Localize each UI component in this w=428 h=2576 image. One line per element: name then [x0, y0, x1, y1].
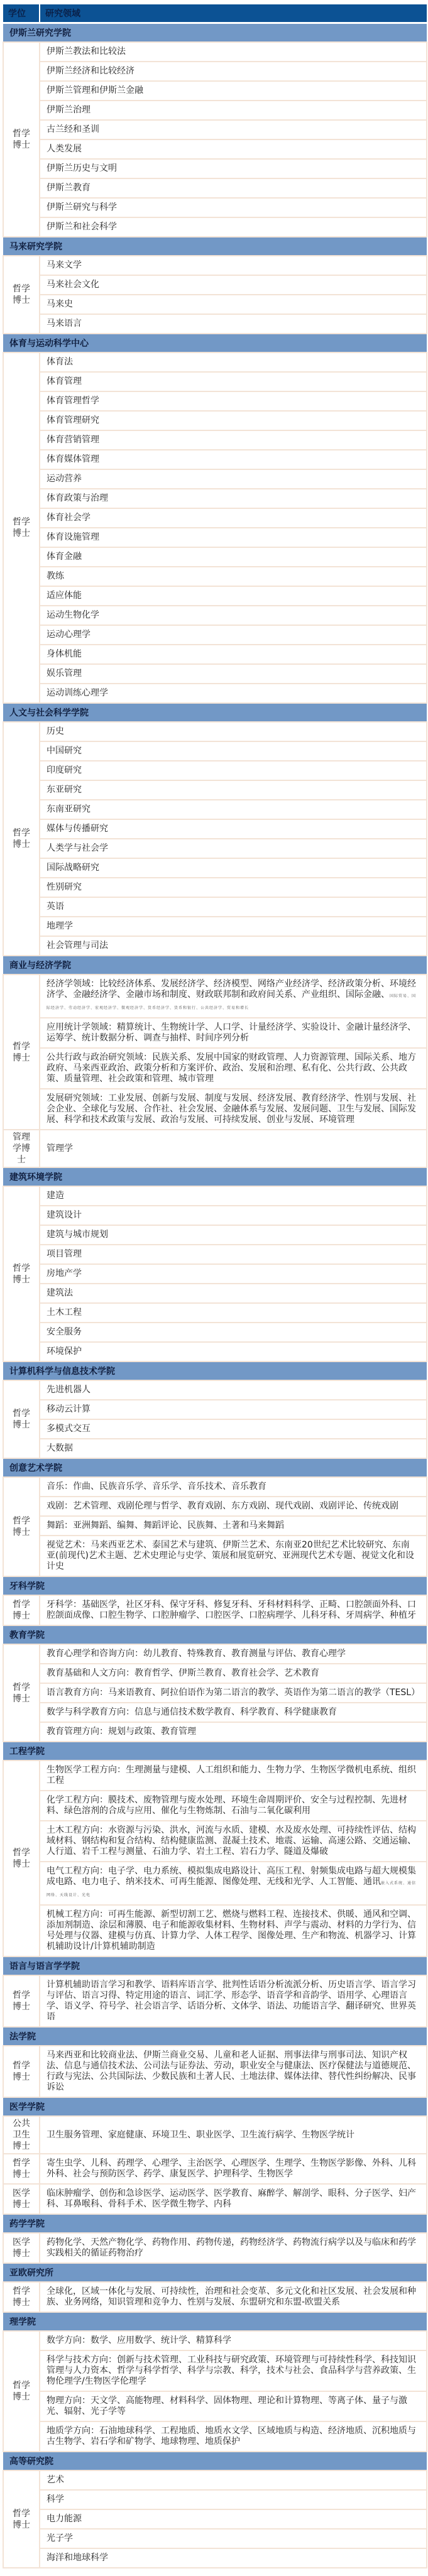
field-cell: 房地产学 [40, 1264, 427, 1284]
table-row: 伊斯兰治理 [3, 101, 427, 120]
field-cell: 人类发展 [40, 139, 427, 159]
field-cell: 数学与科学教育方向：信息与通信技术数学教育、科学教育、科学健康教育 [40, 1703, 427, 1722]
section-title: 医学学院 [3, 2097, 427, 2116]
field-cell: 体育管理研究 [40, 411, 427, 430]
field-cell: 舞蹈：亚洲舞蹈、编舞、舞蹈评论、民族舞、土著和马来舞蹈 [40, 1516, 427, 1536]
section-title: 药学学院 [3, 2214, 427, 2233]
field-cell: 体育金融 [40, 547, 427, 567]
field-cell: 土木工程方向：水资源与污染、洪水，河流与水质、建模、水及废水处理、可持续性评估、… [40, 1821, 427, 1862]
table-row: 土木工程 [3, 1303, 427, 1323]
table-row: 海洋和地球科学 [3, 2548, 427, 2568]
table-row: 伊斯兰历史与文明 [3, 159, 427, 178]
field-cell: 发展研究领域：工业发展、创新与发展、制度与发展、经济发展、教育经济学、性别与发展… [40, 1089, 427, 1130]
table-row: 运动生物化学 [3, 606, 427, 625]
degree-cell: 哲学博士 [3, 256, 40, 334]
table-row: 中国研究 [3, 741, 427, 761]
table-row: 视觉艺术：马来西亚艺术、泰国艺术与建筑、伊斯兰艺术、东南亚20世纪艺术比较研究、… [3, 1536, 427, 1576]
table-row: 性别研究 [3, 878, 427, 897]
table-row: 印度研究 [3, 761, 427, 780]
table-row: 哲学博士牙科学：基础医学，社区牙科、保守牙科、修复牙科、牙科材料科学、正畸、口腔… [3, 1595, 427, 1625]
table-row: 移动云计算 [3, 1400, 427, 1419]
table-row: 哲学博士体育法 [3, 352, 427, 372]
table-row: 身体机能 [3, 645, 427, 664]
section-title: 亚欧研究所 [3, 2263, 427, 2282]
table-row: 哲学博士建造 [3, 1186, 427, 1206]
table-row: 体育设施管理 [3, 528, 427, 547]
field-cell: 运动心理学 [40, 625, 427, 645]
table-row: 马来语言 [3, 314, 427, 334]
field-cell: 性别研究 [40, 878, 427, 897]
section-header-row: 教育学院 [3, 1625, 427, 1644]
field-cell: 伊斯兰教育 [40, 178, 427, 198]
field-cell: 海洋和地球科学 [40, 2548, 427, 2568]
section-title: 教育学院 [3, 1625, 427, 1644]
field-cell: 马来文学 [40, 256, 427, 275]
table-row: 哲学博士教育心理学和咨询方向：幼儿教育、特殊教育、教育测量与评估、教育心理学 [3, 1644, 427, 1664]
table-row: 项目管理 [3, 1245, 427, 1264]
table-row: 伊斯兰教育 [3, 178, 427, 198]
field-cell: 建筑法 [40, 1284, 427, 1303]
field-cell: 戏剧：艺术管理、戏剧伦理与哲学、教育戏剧、东方戏剧、现代戏剧、戏剧评论、传统戏剧 [40, 1497, 427, 1516]
field-cell: 东南亚研究 [40, 800, 427, 819]
field-cell: 项目管理 [40, 1245, 427, 1264]
table-body: 伊斯兰研究学院哲学博士伊斯兰教法和比较法伊斯兰经济和比较经济伊斯兰管理和伊斯兰金… [3, 23, 427, 2568]
table-row: 马来史 [3, 295, 427, 314]
table-row: 媒体与传播研究 [3, 819, 427, 839]
field-cell: 教育基础和人文方向：教育哲学、伊斯兰教育、教育社会学、艺术教育 [40, 1664, 427, 1683]
table-row: 哲学博士伊斯兰教法和比较法 [3, 42, 427, 62]
degree-cell: 公共卫生博士 [3, 2116, 40, 2154]
field-text: 电气工程方向：电子学、电力系统、模拟集成电路设计、高压工程、射频集成电路与超大规… [47, 1866, 416, 1887]
table-row: 体育政策与治理 [3, 489, 427, 508]
table-row: 哲学博士寄生虫学、儿科、药理学、心理学、主治医学、心理医学、生理学、生物医学影像… [3, 2154, 427, 2184]
field-cell: 马来社会文化 [40, 275, 427, 295]
field-cell: 伊斯兰治理 [40, 101, 427, 120]
field-cell: 管理学 [40, 1130, 427, 1167]
field-cell: 马来西亚和比较商业法、伊斯兰商业交易、儿童和老人证据、刑事法律与刑事司法、知识产… [40, 2046, 427, 2097]
field-cell: 中国研究 [40, 741, 427, 761]
section-header-row: 理学院 [3, 2312, 427, 2331]
field-cell: 体育媒体管理 [40, 450, 427, 469]
field-text: 经济学领域：比较经济体系、发展经济学、经济模型、网络产业经济学、经济政策分析、环… [47, 979, 416, 1000]
table-row: 戏剧：艺术管理、戏剧伦理与哲学、教育戏剧、东方戏剧、现代戏剧、戏剧评论、传统戏剧 [3, 1497, 427, 1516]
section-title: 人文与社会科学学院 [3, 703, 427, 722]
table-row: 公共卫生博士卫生服务管理、家庭健康、环境卫生、职业医学、卫生流行病学、生物医学统… [3, 2116, 427, 2154]
table-row: 地理学 [3, 917, 427, 936]
degree-cell: 哲学博士 [3, 1186, 40, 1362]
table-row: 哲学博士音乐：作曲、民族音乐学、音乐学、音乐技术、音乐教育 [3, 1477, 427, 1497]
section-header-row: 语言与语言学学院 [3, 1957, 427, 1975]
field-cell: 伊斯兰和社会科学 [40, 217, 427, 237]
field-cell: 化学工程方向：膜技术、废物管理与废水处理、环境生命周期评价、安全与过程控制、先进… [40, 1791, 427, 1821]
section-header-row: 高等研究院 [3, 2452, 427, 2470]
section-title: 工程学院 [3, 1742, 427, 1760]
table-row: 体育社会学 [3, 508, 427, 528]
section-title: 创意艺术学院 [3, 1458, 427, 1477]
section-title: 法学院 [3, 2027, 427, 2046]
table-row: 电气工程方向：电子学、电力系统、模拟集成电路设计、高压工程、射频集成电路与超大规… [3, 1862, 427, 1905]
field-cell: 机械工程方向：可再生能源、新型切割工艺、燃烧与燃料工程、连接技术、供暖、通风和空… [40, 1905, 427, 1957]
field-cell: 寄生虫学、儿科、药理学、心理学、主治医学、心理医学、生理学、生物医学影像、外科、… [40, 2154, 427, 2184]
table-row: 体育管理研究 [3, 411, 427, 430]
table-row: 伊斯兰和社会科学 [3, 217, 427, 237]
section-title: 马来研究学院 [3, 237, 427, 256]
field-cell: 伊斯兰历史与文明 [40, 159, 427, 178]
field-cell: 教育心理学和咨询方向：幼儿教育、特殊教育、教育测量与评估、教育心理学 [40, 1644, 427, 1664]
field-cell: 教育管理方向：规划与政策、教育管理 [40, 1722, 427, 1742]
field-cell: 伊斯兰经济和比较经济 [40, 62, 427, 81]
table-row: 伊斯兰经济和比较经济 [3, 62, 427, 81]
field-cell: 多模式交互 [40, 1419, 427, 1439]
table-row: 运动心理学 [3, 625, 427, 645]
field-cell: 先进机器人 [40, 1380, 427, 1400]
field-cell: 视觉艺术：马来西亚艺术、泰国艺术与建筑、伊斯兰艺术、东南亚20世纪艺术比较研究、… [40, 1536, 427, 1576]
field-cell: 社会管理与司法 [40, 936, 427, 956]
table-row: 应用统计学领域：精算统计、生物统计学、人口学、计量经济学、实验设计、金融计量经济… [3, 1018, 427, 1048]
table-row: 管理学博士管理学 [3, 1130, 427, 1167]
table-row: 公共行政与政治研究领域：民族关系、发展中国家的财政管理、人力资源管理、国际关系、… [3, 1048, 427, 1089]
table-row: 人类发展 [3, 139, 427, 159]
table-row: 东亚研究 [3, 780, 427, 800]
field-cell: 全球化，区域一体化与发展、可持续性，治理和社会变革、多元文化和社区发展、社会发展… [40, 2282, 427, 2312]
field-cell: 娱乐管理 [40, 664, 427, 684]
field-cell: 体育管理哲学 [40, 391, 427, 411]
section-header-row: 计算机科学与信息技术学院 [3, 1362, 427, 1380]
field-cell: 卫生服务管理、家庭健康、环境卫生、职业医学、卫生流行病学、生物医学统计 [40, 2116, 427, 2154]
degree-cell: 医学博士 [3, 2184, 40, 2214]
table-row: 哲学博士计算机辅助语言学习和教学、语料库语言学、批判性话语分析流派分析、历史语言… [3, 1975, 427, 2027]
table-header-row: 学位 研究领域 [3, 4, 427, 23]
field-cell: 印度研究 [40, 761, 427, 780]
field-cell: 移动云计算 [40, 1400, 427, 1419]
field-cell: 运动生物化学 [40, 606, 427, 625]
table-row: 运动营养 [3, 469, 427, 489]
table-row: 教育管理方向：规划与政策、教育管理 [3, 1722, 427, 1742]
table-row: 建筑法 [3, 1284, 427, 1303]
table-row: 医学博士临床肿瘤学、创伤和急诊医学、运动医学、医学教育、麻醉学、解剖学、眼科、分… [3, 2184, 427, 2214]
table-row: 哲学博士全球化，区域一体化与发展、可持续性，治理和社会变革、多元文化和社区发展、… [3, 2282, 427, 2312]
section-header-row: 商业与经济学院 [3, 956, 427, 974]
table-row: 化学工程方向：膜技术、废物管理与废水处理、环境生命周期评价、安全与过程控制、先进… [3, 1791, 427, 1821]
table-row: 马来社会文化 [3, 275, 427, 295]
section-header-row: 建筑环境学院 [3, 1167, 427, 1186]
degree-cell: 哲学博士 [3, 352, 40, 703]
table-row: 光子学 [3, 2529, 427, 2548]
section-title: 建筑环境学院 [3, 1167, 427, 1186]
degree-cell: 哲学博士 [3, 974, 40, 1130]
table-row: 教育基础和人文方向：教育哲学、伊斯兰教育、教育社会学、艺术教育 [3, 1664, 427, 1683]
field-cell: 音乐：作曲、民族音乐学、音乐学、音乐技术、音乐教育 [40, 1477, 427, 1497]
field-cell: 光子学 [40, 2529, 427, 2548]
field-cell: 土木工程 [40, 1303, 427, 1323]
table-row: 医学博士药物化学、天然产物化学、药物作用、药物传递，药物经济学、药物流行病学以及… [3, 2233, 427, 2263]
field-cell: 媒体与传播研究 [40, 819, 427, 839]
table-row: 体育金融 [3, 547, 427, 567]
degree-cell: 哲学博士 [3, 42, 40, 237]
section-header-row: 法学院 [3, 2027, 427, 2046]
programs-table: 学位 研究领域 伊斯兰研究学院哲学博士伊斯兰教法和比较法伊斯兰经济和比较经济伊斯… [3, 4, 427, 2568]
field-cell: 大数据 [40, 1439, 427, 1458]
table-row: 环境保护 [3, 1342, 427, 1362]
section-header-row: 牙科学院 [3, 1576, 427, 1595]
field-cell: 马来语言 [40, 314, 427, 334]
table-row: 伊斯兰管理和伊斯兰金融 [3, 81, 427, 101]
degree-cell: 哲学博士 [3, 1477, 40, 1576]
field-cell: 地理学 [40, 917, 427, 936]
field-cell: 身体机能 [40, 645, 427, 664]
field-cell: 运动训练心理学 [40, 684, 427, 703]
field-cell: 运动营养 [40, 469, 427, 489]
field-cell: 建造 [40, 1186, 427, 1206]
degree-cell: 哲学博士 [3, 1380, 40, 1458]
table-row: 舞蹈：亚洲舞蹈、编舞、舞蹈评论、民族舞、土著和马来舞蹈 [3, 1516, 427, 1536]
table-row: 安全服务 [3, 1323, 427, 1342]
field-cell: 电气工程方向：电子学、电力系统、模拟集成电路设计、高压工程、射频集成电路与超大规… [40, 1862, 427, 1905]
field-cell: 安全服务 [40, 1323, 427, 1342]
table-row: 地质学方向：石油地球科学、工程地质、地质水文学、区域地质与构造、经济地质、沉积地… [3, 2421, 427, 2452]
field-cell: 公共行政与政治研究领域：民族关系、发展中国家的财政管理、人力资源管理、国际关系、… [40, 1048, 427, 1089]
field-cell: 计算机辅助语言学习和教学、语料库语言学、批判性话语分析流派分析、历史语言学、语言… [40, 1975, 427, 2027]
field-cell: 伊斯兰研究与科学 [40, 198, 427, 217]
field-cell: 教练 [40, 567, 427, 586]
degree-cell: 哲学博士 [3, 1975, 40, 2027]
field-cell: 临床肿瘤学、创伤和急诊医学、运动医学、医学教育、麻醉学、解剖学、眼科、分子医学、… [40, 2184, 427, 2214]
table-row: 适应体能 [3, 586, 427, 606]
section-header-row: 药学学院 [3, 2214, 427, 2233]
section-header-row: 亚欧研究所 [3, 2263, 427, 2282]
field-cell: 历史 [40, 722, 427, 741]
table-row: 哲学博士马来西亚和比较商业法、伊斯兰商业交易、儿童和老人证据、刑事法律与刑事司法… [3, 2046, 427, 2097]
section-title: 牙科学院 [3, 1576, 427, 1595]
header-degree: 学位 [3, 4, 40, 23]
table-row: 机械工程方向：可再生能源、新型切割工艺、燃烧与燃料工程、连接技术、供暖、通风和空… [3, 1905, 427, 1957]
field-cell: 生物医学工程方向：生理测量与建模、人工组织和能力、生物力学、生物医学微机电系统、… [40, 1760, 427, 1791]
table-row: 运动训练心理学 [3, 684, 427, 703]
field-cell: 体育政策与治理 [40, 489, 427, 508]
table-row: 娱乐管理 [3, 664, 427, 684]
degree-cell: 哲学博士 [3, 722, 40, 956]
table-row: 英语 [3, 897, 427, 917]
table-row: 多模式交互 [3, 1419, 427, 1439]
table-row: 大数据 [3, 1439, 427, 1458]
table-row: 哲学博士历史 [3, 722, 427, 741]
field-cell: 古兰经和圣训 [40, 120, 427, 139]
table-row: 国际战略研究 [3, 858, 427, 878]
degree-cell: 哲学博士 [3, 1595, 40, 1625]
field-cell: 语言教育方向：马来语教育、阿拉伯语作为第二语言的教学、英语作为第二语言的教学（T… [40, 1683, 427, 1703]
degree-cell: 哲学博士 [3, 2046, 40, 2097]
field-cell: 艺术 [40, 2470, 427, 2490]
field-cell: 体育法 [40, 352, 427, 372]
field-cell: 数学方向：数学、应用数学、统计学、精算科学 [40, 2331, 427, 2350]
degree-cell: 哲学博士 [3, 1644, 40, 1742]
section-header-row: 医学学院 [3, 2097, 427, 2116]
table-row: 体育管理哲学 [3, 391, 427, 411]
field-cell: 东亚研究 [40, 780, 427, 800]
field-cell: 科学 [40, 2490, 427, 2509]
table-row: 教练 [3, 567, 427, 586]
field-cell: 经济学领域：比较经济体系、发展经济学、经济模型、网络产业经济学、经济政策分析、环… [40, 974, 427, 1018]
field-cell: 建筑与城市规划 [40, 1225, 427, 1245]
field-cell: 环境保护 [40, 1342, 427, 1362]
degree-cell: 管理学博士 [3, 1130, 40, 1167]
table-row: 体育管理 [3, 372, 427, 391]
section-title: 伊斯兰研究学院 [3, 23, 427, 43]
table-row: 电力能源 [3, 2509, 427, 2529]
table-row: 东南亚研究 [3, 800, 427, 819]
degree-cell: 哲学博士 [3, 1760, 40, 1957]
table-row: 哲学博士马来文学 [3, 256, 427, 275]
table-row: 发展研究领域：工业发展、创新与发展、制度与发展、经济发展、教育经济学、性别与发展… [3, 1089, 427, 1130]
degree-cell: 医学博士 [3, 2233, 40, 2263]
table-row: 数学与科学教育方向：信息与通信技术数学教育、科学教育、科学健康教育 [3, 1703, 427, 1722]
field-cell: 体育社会学 [40, 508, 427, 528]
field-cell: 马来史 [40, 295, 427, 314]
field-cell: 体育管理 [40, 372, 427, 391]
table-row: 建筑设计 [3, 1206, 427, 1225]
degree-cell: 哲学博士 [3, 2154, 40, 2184]
table-row: 房地产学 [3, 1264, 427, 1284]
field-cell: 科学与技术方向：创新与技术管理、工业科技与研究政策、环境管理与可持续性科学、科技… [40, 2350, 427, 2391]
section-header-row: 体育与运动科学中心 [3, 334, 427, 352]
section-header-row: 马来研究学院 [3, 237, 427, 256]
field-cell: 电力能源 [40, 2509, 427, 2529]
section-title: 商业与经济学院 [3, 956, 427, 974]
table-row: 社会管理与司法 [3, 936, 427, 956]
table-row: 哲学博士艺术 [3, 2470, 427, 2490]
header-field: 研究领域 [40, 4, 427, 23]
degree-cell: 哲学博士 [3, 2331, 40, 2452]
table-row: 哲学博士生物医学工程方向：生理测量与建模、人工组织和能力、生物力学、生物医学微机… [3, 1760, 427, 1791]
table-row: 伊斯兰研究与科学 [3, 198, 427, 217]
field-cell: 英语 [40, 897, 427, 917]
section-title: 计算机科学与信息技术学院 [3, 1362, 427, 1380]
table-row: 科学与技术方向：创新与技术管理、工业科技与研究政策、环境管理与可持续性科学、科技… [3, 2350, 427, 2391]
field-cell: 药物化学、天然产物化学、药物作用、药物传递，药物经济学、药物流行病学以及与临床和… [40, 2233, 427, 2263]
section-header-row: 创意艺术学院 [3, 1458, 427, 1477]
table-row: 古兰经和圣训 [3, 120, 427, 139]
section-title: 体育与运动科学中心 [3, 334, 427, 352]
field-cell: 伊斯兰管理和伊斯兰金融 [40, 81, 427, 101]
section-header-row: 伊斯兰研究学院 [3, 23, 427, 43]
field-cell: 适应体能 [40, 586, 427, 606]
field-cell: 物理方向：天文学、高能物理、材料科学、固体物理、理论和计算物理、等离子体、量子与… [40, 2391, 427, 2421]
degree-cell: 哲学博士 [3, 2282, 40, 2312]
table-row: 语言教育方向：马来语教育、阿拉伯语作为第二语言的教学、英语作为第二语言的教学（T… [3, 1683, 427, 1703]
field-cell: 体育设施管理 [40, 528, 427, 547]
field-cell: 人类学与社会学 [40, 839, 427, 858]
field-cell: 应用统计学领域：精算统计、生物统计学、人口学、计量经济学、实验设计、金融计量经济… [40, 1018, 427, 1048]
table-row: 人类学与社会学 [3, 839, 427, 858]
section-header-row: 工程学院 [3, 1742, 427, 1760]
section-title: 理学院 [3, 2312, 427, 2331]
section-header-row: 人文与社会科学学院 [3, 703, 427, 722]
table-row: 哲学博士经济学领域：比较经济体系、发展经济学、经济模型、网络产业经济学、经济政策… [3, 974, 427, 1018]
field-cell: 国际战略研究 [40, 858, 427, 878]
section-title: 高等研究院 [3, 2452, 427, 2470]
section-title: 语言与语言学学院 [3, 1957, 427, 1975]
table-row: 科学 [3, 2490, 427, 2509]
field-cell: 伊斯兰教法和比较法 [40, 42, 427, 62]
table-row: 体育营销管理 [3, 430, 427, 450]
field-cell: 建筑设计 [40, 1206, 427, 1225]
field-cell: 牙科学：基础医学，社区牙科、保守牙科、修复牙科、牙科材料科学、正畸、口腔颌面外科… [40, 1595, 427, 1625]
table-row: 哲学博士数学方向：数学、应用数学、统计学、精算科学 [3, 2331, 427, 2350]
table-row: 土木工程方向：水资源与污染、洪水，河流与水质、建模、水及废水处理、可持续性评估、… [3, 1821, 427, 1862]
field-cell: 地质学方向：石油地球科学、工程地质、地质水文学、区域地质与构造、经济地质、沉积地… [40, 2421, 427, 2452]
table-row: 哲学博士先进机器人 [3, 1380, 427, 1400]
table-row: 物理方向：天文学、高能物理、材料科学、固体物理、理论和计算物理、等离子体、量子与… [3, 2391, 427, 2421]
table-row: 建筑与城市规划 [3, 1225, 427, 1245]
field-cell: 体育营销管理 [40, 430, 427, 450]
degree-cell: 哲学博士 [3, 2470, 40, 2568]
table-row: 体育媒体管理 [3, 450, 427, 469]
